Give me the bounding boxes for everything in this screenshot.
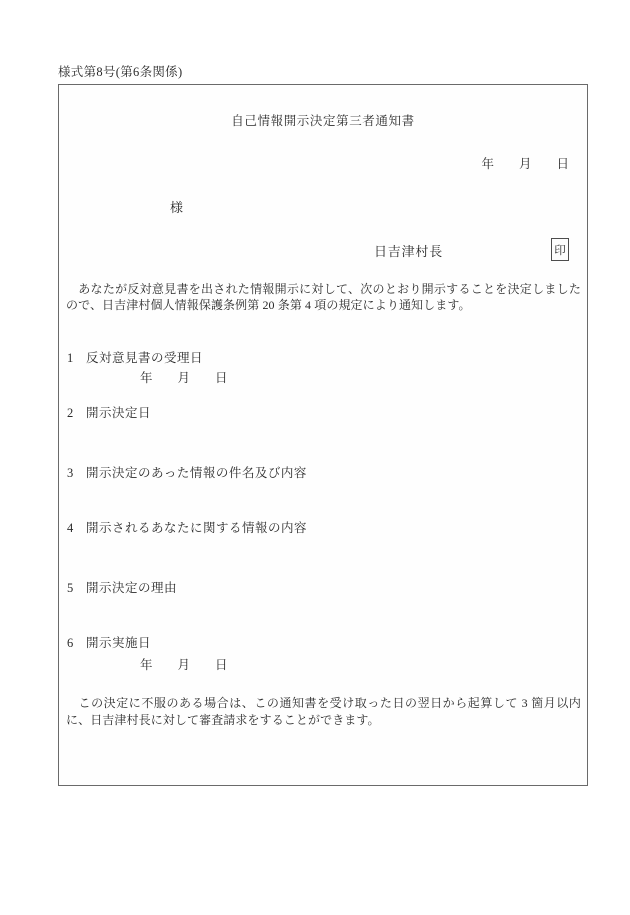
- item-row-6: 6開示実施日: [67, 633, 151, 651]
- item-1-date-line: 年 月 日: [140, 368, 228, 386]
- item-row-1: 1反対意見書の受理日: [67, 348, 203, 366]
- item-label: 開示決定の理由: [86, 581, 177, 595]
- item-row-3: 3開示決定のあった情報の件名及び内容: [67, 463, 307, 481]
- addressee-honorific: 様: [170, 197, 183, 216]
- item-label: 開示決定日: [86, 406, 151, 420]
- item-6-date-line: 年 月 日: [140, 655, 228, 673]
- item-label: 開示実施日: [86, 636, 151, 650]
- sender-name: 日吉津村長: [374, 241, 443, 260]
- document-frame: 自己情報開示決定第三者通知書 年 月 日 様 日吉津村長 印 あなたが反対意見書…: [58, 84, 588, 786]
- item-label: 開示決定のあった情報の件名及び内容: [86, 466, 307, 480]
- seal-mark: 印: [551, 238, 569, 261]
- item-label: 開示されるあなたに関する情報の内容: [86, 521, 307, 535]
- item-row-4: 4開示されるあなたに関する情報の内容: [67, 518, 307, 536]
- issue-date-line: 年 月 日: [481, 154, 569, 172]
- item-number: 4: [67, 521, 86, 536]
- item-number: 3: [67, 466, 86, 481]
- body-paragraph: あなたが反対意見書を出された情報開示に対して、次のとおり開示することを決定しまし…: [66, 281, 581, 313]
- appeal-paragraph: この決定に不服のある場合は、この通知書を受け取った日の翌日から起算して 3 箇月…: [66, 695, 581, 728]
- item-number: 2: [67, 406, 86, 421]
- item-label: 反対意見書の受理日: [86, 351, 203, 365]
- item-row-5: 5開示決定の理由: [67, 578, 177, 596]
- item-row-2: 2開示決定日: [67, 403, 151, 421]
- item-number: 1: [67, 351, 86, 366]
- form-number-label: 様式第8号(第6条関係): [58, 62, 182, 80]
- item-number: 6: [67, 636, 86, 651]
- item-number: 5: [67, 581, 86, 596]
- document-page: 様式第8号(第6条関係) 自己情報開示決定第三者通知書 年 月 日 様 日吉津村…: [0, 0, 630, 915]
- document-title: 自己情報開示決定第三者通知書: [59, 111, 587, 129]
